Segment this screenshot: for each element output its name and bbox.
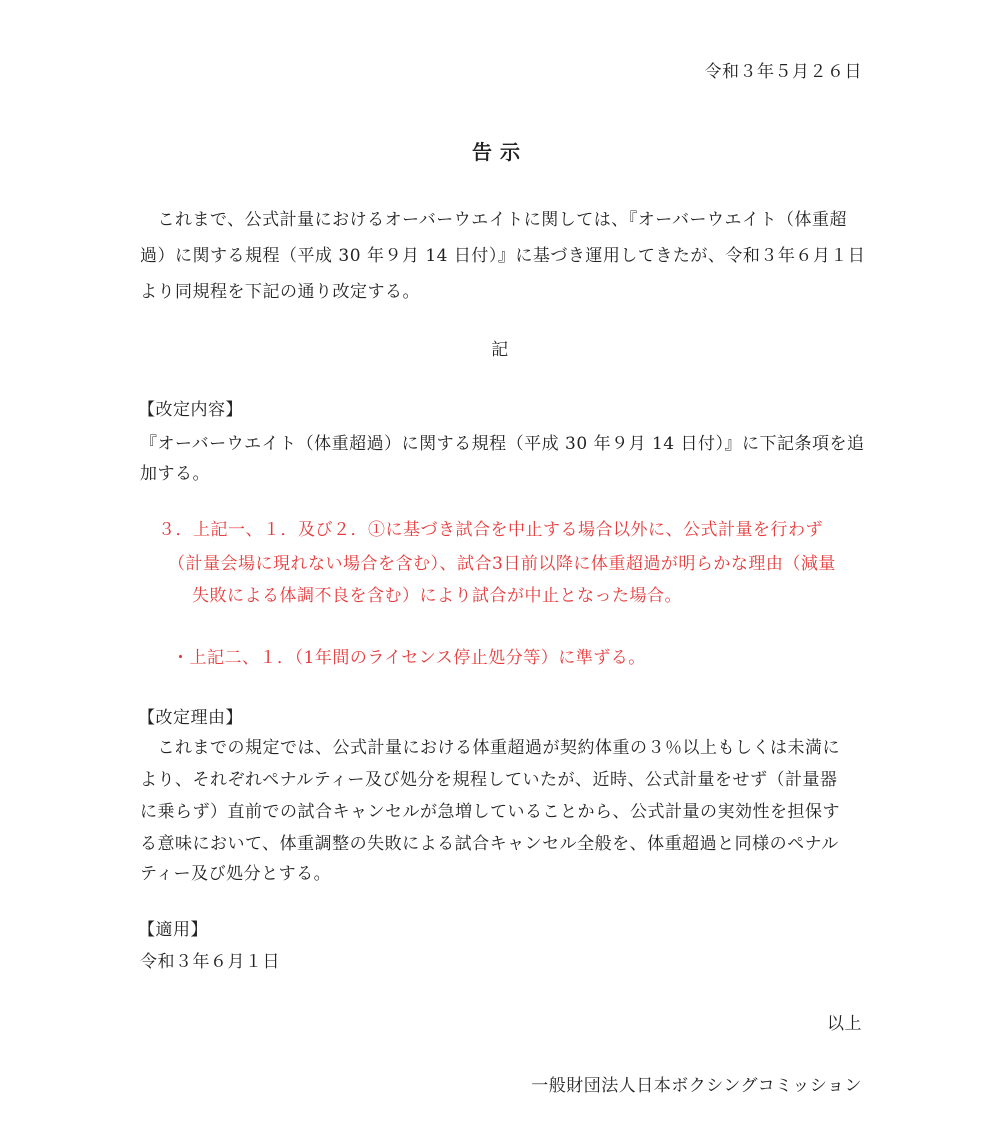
amendment-line-2: 加する。	[140, 462, 210, 486]
closing-text: 以上	[827, 1012, 862, 1036]
reason-line-2: より、それぞれペナルティー及び処分を規程していたが、近時、公式計量をせず（計量器	[140, 768, 837, 792]
reason-line-4: る意味において、体重調整の失敗による試合キャンセル全般を、体重超過と同様のペナル	[140, 832, 839, 856]
issuer-name: 一般財団法人日本ボクシングコミッション	[531, 1074, 862, 1098]
red-bullet: ・上記二、１．（1年間のライセンス停止処分等）に準ずる。	[172, 646, 646, 670]
amendment-line-1: 『オーバーウエイト（体重超過）に関する規程（平成 30 年９月 14 日付）』に…	[140, 432, 865, 456]
reason-line-1: これまでの規定では、公式計量における体重超過が契約体重の３％以上もしくは未満に	[140, 736, 840, 760]
application-date: 令和３年６月１日	[140, 950, 280, 974]
amendment-heading: 【改定内容】	[138, 398, 243, 422]
red-clause-line-3: 失敗による体調不良を含む）により試合が中止となった場合。	[192, 584, 682, 608]
document-page: 令和３年５月２６日 告示 これまで、公式計量におけるオーバーウエイトに関しては、…	[0, 0, 1000, 1138]
reason-line-5: ティー及び処分とする。	[140, 862, 331, 886]
reason-line-3: に乗らず）直前での試合キャンセルが急増していることから、公式計量の実効性を担保す	[140, 800, 840, 824]
red-clause-line-1: ３．上記一、１．及び２．①に基づき試合を中止する場合以外に、公式計量を行わず	[158, 518, 823, 542]
document-title: 告示	[0, 136, 1000, 165]
issue-date: 令和３年５月２６日	[705, 60, 863, 84]
intro-line-1: これまで、公式計量におけるオーバーウエイトに関しては、『オーバーウエイト（体重超	[140, 208, 847, 232]
intro-line-2: 過）に関する規程（平成 30 年９月 14 日付）』に基づき運用してきたが、令和…	[140, 244, 865, 268]
application-heading: 【適用】	[138, 918, 208, 942]
red-clause-line-2: （計量会場に現れない場合を含む）、試合3日前以降に体重超過が明らかな理由（減量	[168, 552, 836, 576]
reason-heading: 【改定理由】	[138, 706, 243, 730]
ki-heading: 記	[0, 338, 1000, 362]
intro-line-3: より同規程を下記の通り改定する。	[140, 280, 420, 304]
